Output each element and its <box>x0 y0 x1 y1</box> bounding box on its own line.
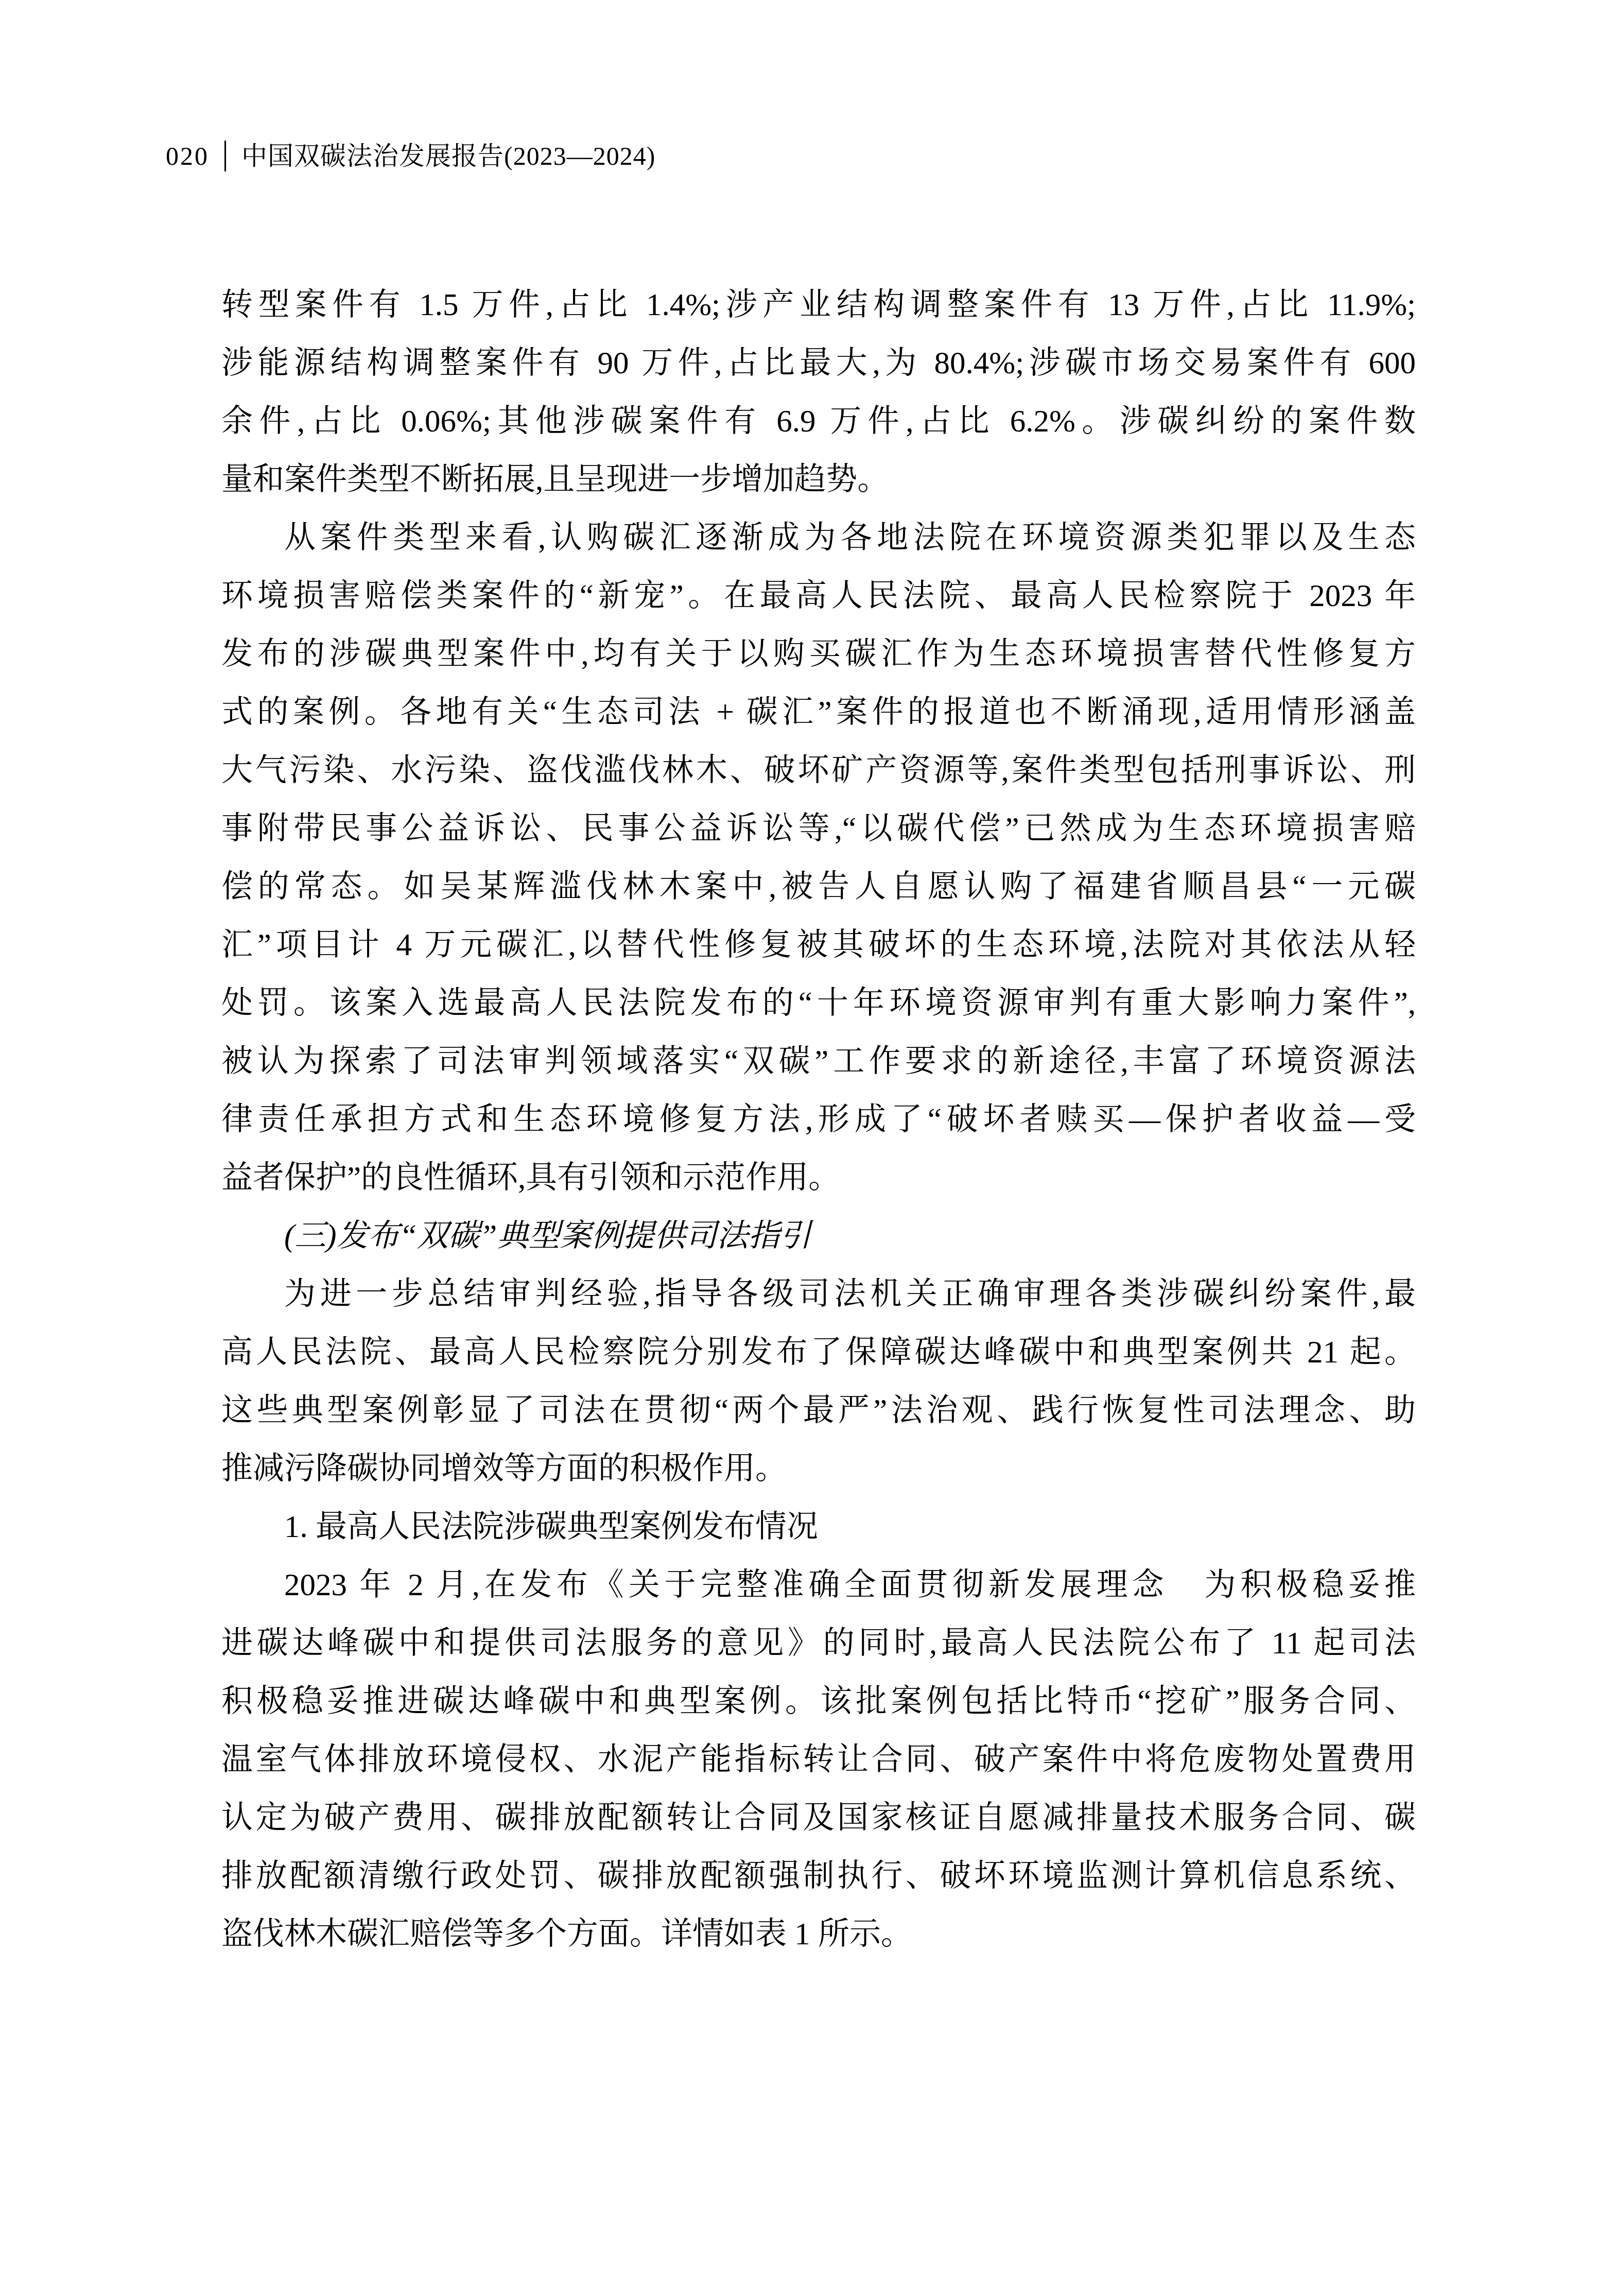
text-line: 汇”项目计 4 万元碳汇,以替代性修复被其破坏的生态环境,法院对其依法从轻 <box>221 916 1416 974</box>
text-line: 事附带民事公益诉讼、民事公益诉讼等,“以碳代偿”已然成为生态环境损害赔 <box>221 800 1416 858</box>
text-line: 排放配额清缴行政处罚、碳排放配额强制执行、破坏环境监测计算机信息系统、 <box>221 1847 1416 1905</box>
report-page: 020 中国双碳法治发展报告(2023—2024) 转型案件有 1.5 万件,占… <box>0 0 1615 2296</box>
text-line: 2023 年 2 月,在发布《关于完整准确全面贯彻新发展理念 为积极稳妥推 <box>221 1556 1416 1614</box>
text-line: 推减污降碳协同增效等方面的积极作用。 <box>221 1440 1416 1498</box>
text-line: 盗伐林木碳汇赔偿等多个方面。详情如表 1 所示。 <box>221 1905 1416 1963</box>
paragraph-typical-cases: 为进一步总结审判经验,指导各级司法机关正确审理各类涉碳纠纷案件,最 高人民法院、… <box>221 1265 1416 1498</box>
text-line: 环境损害赔偿类案件的“新宠”。在最高人民法院、最高人民检察院于 2023 年 <box>221 567 1416 625</box>
paragraph-case-types: 从案件类型来看,认购碳汇逐渐成为各地法院在环境资源类犯罪以及生态 环境损害赔偿类… <box>221 509 1416 1207</box>
sub-heading-block: 1. 最高人民法院涉碳典型案例发布情况 <box>221 1498 1416 1556</box>
section-heading-block: (三)发布“双碳”典型案例提供司法指引 <box>221 1207 1416 1265</box>
text-line: 发布的涉碳典型案件中,均有关于以购买碳汇作为生态环境损害替代性修复方 <box>221 625 1416 683</box>
text-line: 大气污染、水污染、盗伐滥伐林木、破坏矿产资源等,案件类型包括刑事诉讼、刑 <box>221 741 1416 800</box>
text-line: 转型案件有 1.5 万件,占比 1.4%;涉产业结构调整案件有 13 万件,占比… <box>221 276 1416 334</box>
paragraph-continuation: 转型案件有 1.5 万件,占比 1.4%;涉产业结构调整案件有 13 万件,占比… <box>221 276 1416 509</box>
text-line: 被认为探索了司法审判领域落实“双碳”工作要求的新途径,丰富了环境资源法 <box>221 1032 1416 1091</box>
text-line: 式的案例。各地有关“生态司法 + 碳汇”案件的报道也不断涌现,适用情形涵盖 <box>221 683 1416 741</box>
page-body: 转型案件有 1.5 万件,占比 1.4%;涉产业结构调整案件有 13 万件,占比… <box>221 276 1416 1963</box>
text-line: 余件,占比 0.06%;其他涉碳案件有 6.9 万件,占比 6.2%。涉碳纠纷的… <box>221 392 1416 451</box>
text-line: 进碳达峰碳中和提供司法服务的意见》的同时,最高人民法院公布了 11 起司法 <box>221 1614 1416 1672</box>
book-title: 中国双碳法治发展报告(2023—2024) <box>241 140 655 172</box>
text-line: 认定为破产费用、碳排放配额转让合同及国家核证自愿减排量技术服务合同、碳 <box>221 1789 1416 1847</box>
section-heading: (三)发布“双碳”典型案例提供司法指引 <box>221 1207 1416 1265</box>
page-number: 020 <box>166 140 209 172</box>
paragraph-spc-cases: 2023 年 2 月,在发布《关于完整准确全面贯彻新发展理念 为积极稳妥推 进碳… <box>221 1556 1416 1963</box>
text-line: 律责任承担方式和生态环境修复方法,形成了“破坏者赎买—保护者收益—受 <box>221 1091 1416 1149</box>
text-line: 偿的常态。如吴某辉滥伐林木案中,被告人自愿认购了福建省顺昌县“一元碳 <box>221 858 1416 916</box>
running-header: 020 中国双碳法治发展报告(2023—2024) <box>166 140 655 172</box>
text-line: 从案件类型来看,认购碳汇逐渐成为各地法院在环境资源类犯罪以及生态 <box>221 509 1416 567</box>
text-line: 量和案件类型不断拓展,且呈现进一步增加趋势。 <box>221 451 1416 509</box>
text-line: 处罚。该案入选最高人民法院发布的“十年环境资源审判有重大影响力案件”, <box>221 974 1416 1032</box>
text-line: 这些典型案例彰显了司法在贯彻“两个最严”法治观、践行恢复性司法理念、助 <box>221 1382 1416 1440</box>
text-line: 温室气体排放环境侵权、水泥产能指标转让合同、破产案件中将危废物处置费用 <box>221 1731 1416 1789</box>
header-divider <box>224 141 226 171</box>
sub-heading: 1. 最高人民法院涉碳典型案例发布情况 <box>221 1498 1416 1556</box>
text-line: 益者保护”的良性循环,具有引领和示范作用。 <box>221 1149 1416 1207</box>
text-line: 积极稳妥推进碳达峰碳中和典型案例。该批案例包括比特币“挖矿”服务合同、 <box>221 1672 1416 1731</box>
text-line: 高人民法院、最高人民检察院分别发布了保障碳达峰碳中和典型案例共 21 起。 <box>221 1323 1416 1382</box>
text-line: 涉能源结构调整案件有 90 万件,占比最大,为 80.4%;涉碳市场交易案件有 … <box>221 334 1416 392</box>
text-line: 为进一步总结审判经验,指导各级司法机关正确审理各类涉碳纠纷案件,最 <box>221 1265 1416 1323</box>
